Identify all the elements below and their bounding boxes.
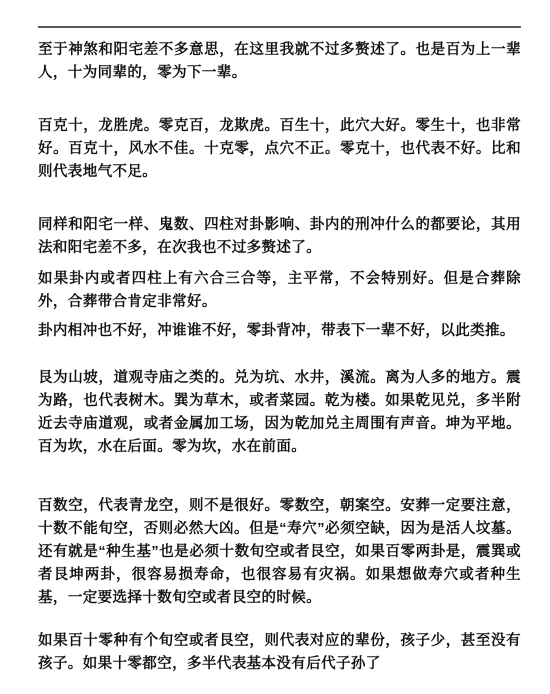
paragraph: 同样和阳宅一样、鬼数、四柱对卦影响、卦内的刑冲什么的都要论，其用法和阳宅差不多，…: [38, 214, 521, 260]
document-page: 至于神煞和阳宅差不多意思，在这里我就不过多赘述了。也是百为上一辈人，十为同辈的，…: [0, 0, 550, 694]
paragraph: 百克十，龙胜虎。零克百，龙欺虎。百生十，此穴大好。零生十，也非常好。百克十，风水…: [38, 115, 521, 184]
paragraph: 如果卦内或者四柱上有六合三合等，主平常，不会特别好。但是合葬除外，合葬带合肯定非…: [38, 268, 521, 314]
paragraph: 百数空，代表青龙空，则不是很好。零数空，朝案空。安葬一定要注意，十数不能旬空，否…: [38, 495, 521, 610]
top-divider: [38, 26, 521, 28]
paragraph: 艮为山坡，道观寺庙之类的。兑为坑、水井，溪流。离为人多的地方。震为路，也代表树木…: [38, 367, 521, 459]
paragraph: 至于神煞和阳宅差不多意思，在这里我就不过多赘述了。也是百为上一辈人，十为同辈的，…: [38, 39, 521, 85]
paragraph: 卦内相冲也不好，冲谁谁不好，零卦背冲，带表下一辈不好，以此类推。: [38, 320, 521, 343]
paragraph: 如果百十零种有个旬空或者艮空，则代表对应的辈份，孩子少，甚至没有孩子。如果十零都…: [38, 630, 521, 676]
